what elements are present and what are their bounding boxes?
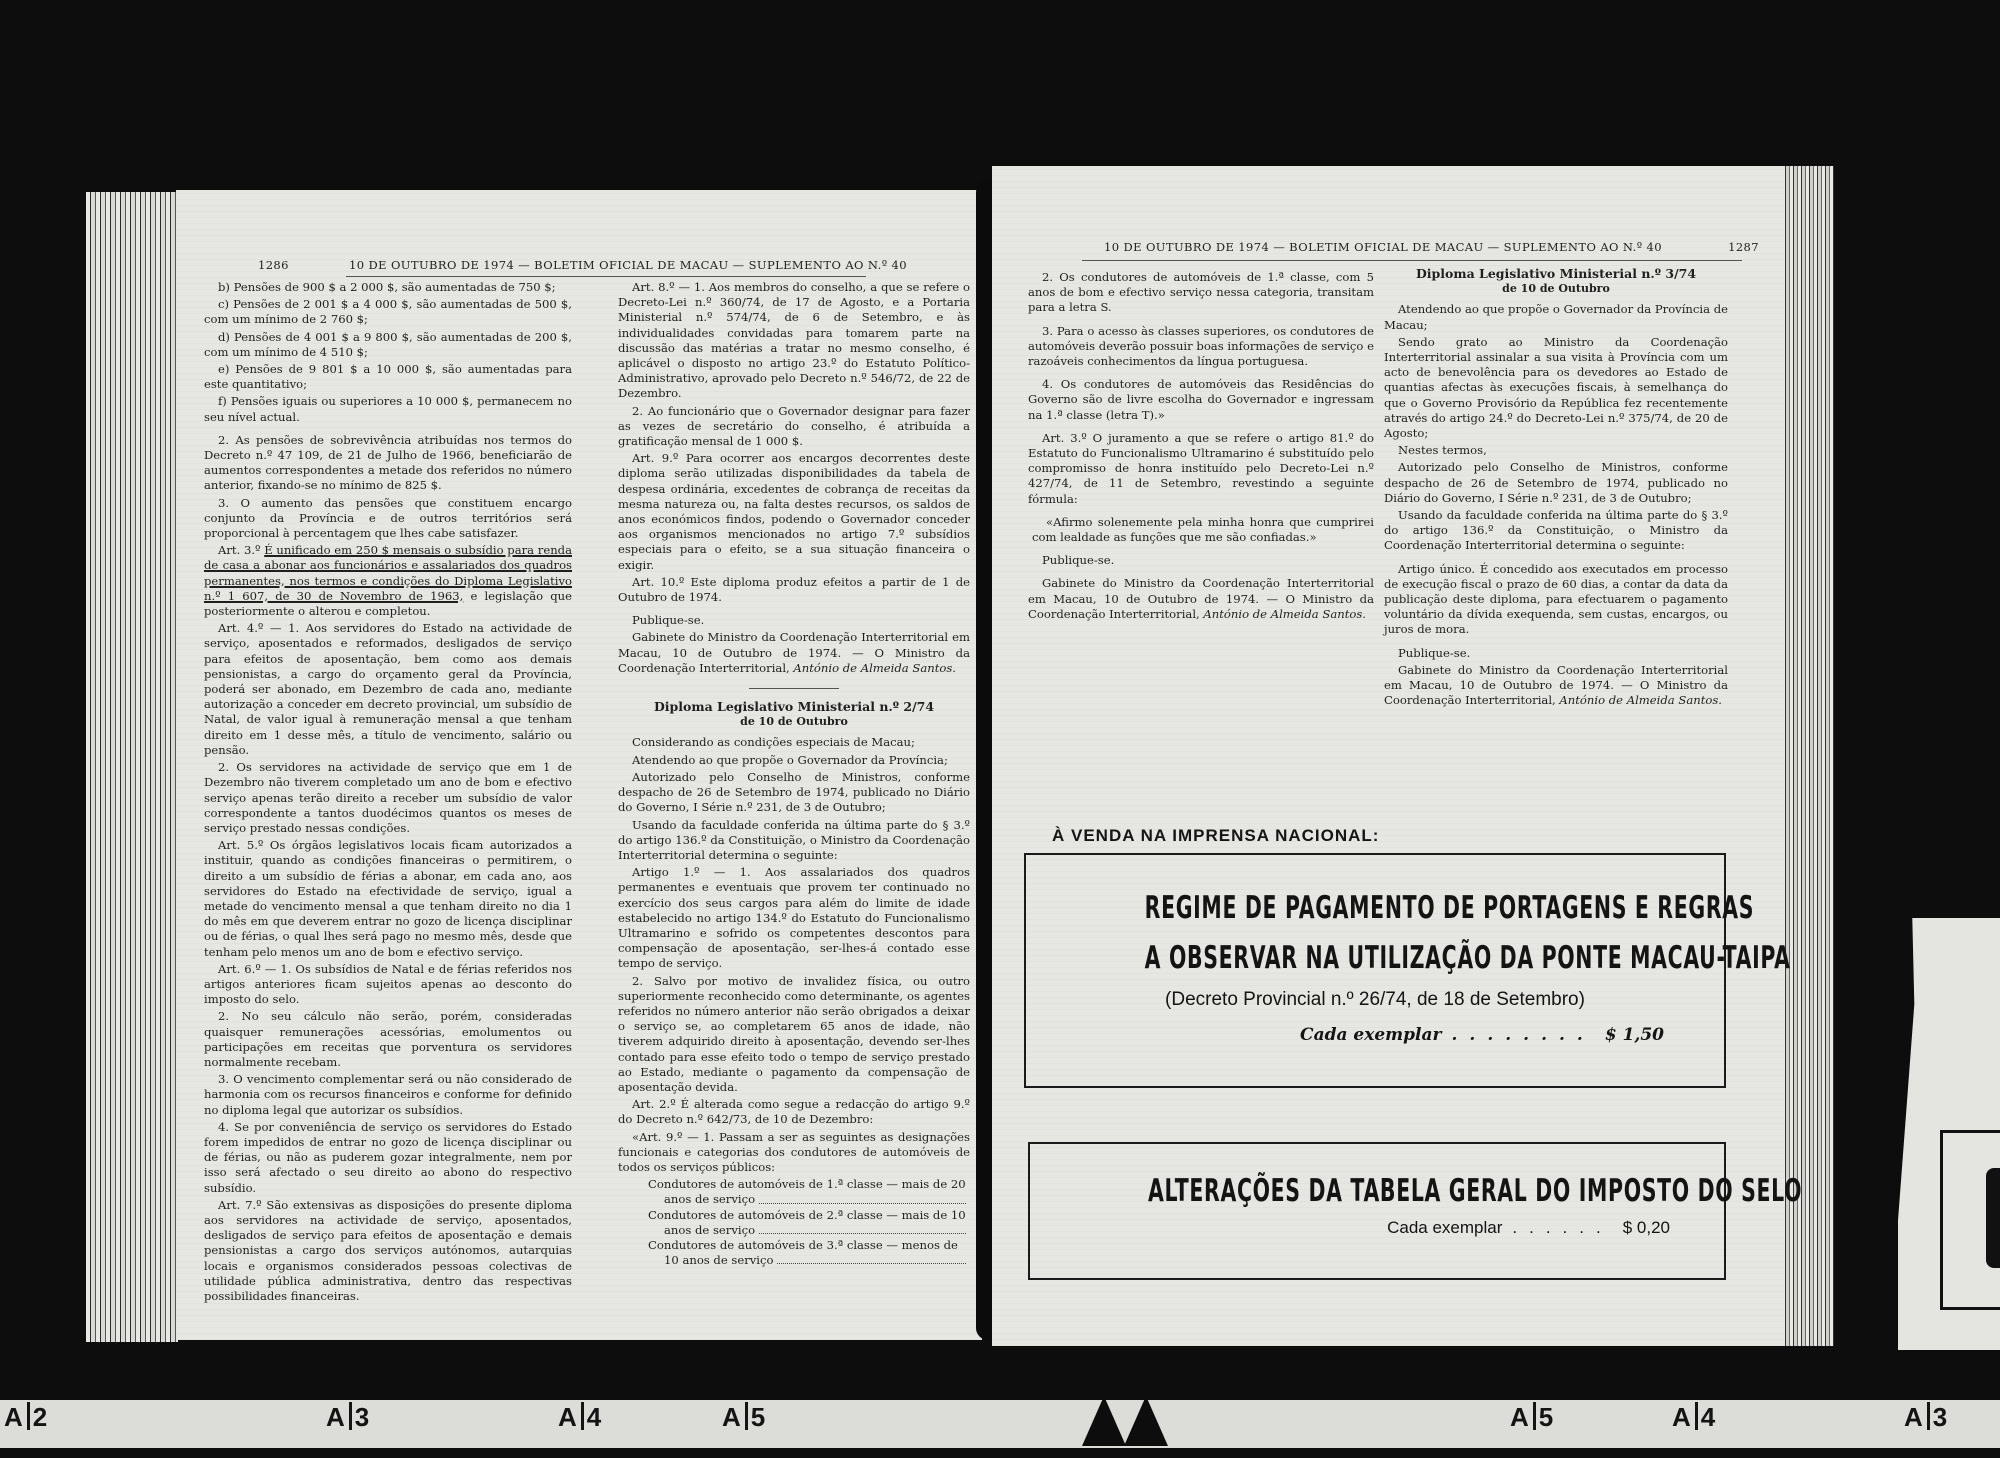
paragraph: 2. Os condutores de automóveis de 1.ª cl… (1028, 270, 1374, 316)
paragraph: Autorizado pelo Conselho de Ministros, c… (618, 770, 970, 816)
paragraph: 2. Ao funcionário que o Governador desig… (618, 404, 970, 450)
frame-mark: A5 (722, 1402, 766, 1433)
paragraph: Art. 5.º Os órgãos legislativos locais f… (204, 838, 572, 960)
paragraph: Nestes termos, (1384, 443, 1728, 458)
left-page: 1286 10 DE OUTUBRO DE 1974 — BOLETIM OFI… (176, 190, 982, 1340)
publish-line: Publique-se. (1384, 646, 1728, 661)
paragraph: Sendo grato ao Ministro da Coordenação I… (1384, 335, 1728, 441)
decree-title: Diploma Legislativo Ministerial n.º 3/74 (1384, 266, 1728, 281)
paragraph: e) Pensões de 9 801 $ a 10 000 $, são au… (204, 362, 572, 392)
list-item: Condutores de automóveis de 3.ª classe —… (618, 1238, 970, 1253)
list-item-continuation: 10 anos de serviço (618, 1253, 970, 1268)
frame-mark: A4 (1672, 1402, 1716, 1433)
oath-text: «Afirmo solenemente pela minha honra que… (1028, 515, 1374, 545)
paragraph: Considerando as condições especiais de M… (618, 735, 970, 750)
paragraph: Art. 6.º — 1. Os subsídios de Natal e de… (204, 962, 572, 1008)
drivers-list: Condutores de automóveis de 1.ª classe —… (618, 1177, 970, 1268)
list-item-continuation: anos de serviço (618, 1223, 970, 1238)
sale-heading: À VENDA NA IMPRENSA NACIONAL: (1052, 826, 1379, 846)
right-page-column-2: Diploma Legislativo Ministerial n.º 3/74… (1384, 266, 1728, 710)
publication-ad-stamp-tax: ALTERAÇÕES DA TABELA GERAL DO IMPOSTO DO… (1028, 1142, 1726, 1280)
signature: António de Almeida Santos. (1559, 693, 1722, 707)
paragraph: 3. O aumento das pensões que constituem … (204, 496, 572, 542)
adjacent-frame-mark (1986, 1168, 2000, 1268)
price-label: Cada exemplar (1300, 1025, 1441, 1045)
decree-title: Diploma Legislativo Ministerial n.º 2/74 (618, 699, 970, 714)
publish-line: Publique-se. (618, 613, 970, 628)
decree-date: de 10 de Outubro (1384, 281, 1728, 296)
ad-price-row: Cada exemplar ........ $ 1,50 (1026, 1025, 1724, 1045)
film-notch (1082, 1396, 1126, 1446)
paragraph: «Art. 9.º — 1. Passam a ser as seguintes… (618, 1130, 970, 1176)
paragraph: f) Pensões iguais ou superiores a 10 000… (204, 394, 572, 424)
paragraph: Art. 2.º É alterada como segue a redacçã… (618, 1097, 970, 1127)
paragraph: Usando da faculdade conferida na última … (618, 818, 970, 864)
section-divider (749, 688, 839, 689)
list-item: Condutores de automóveis de 2.ª classe —… (618, 1208, 970, 1223)
leader-dots: ...... (1512, 1218, 1612, 1238)
frame-mark: A2 (4, 1402, 48, 1433)
right-page-stack-edge (1782, 166, 1834, 1346)
paragraph: 2. Os servidores na actividade de serviç… (204, 760, 572, 836)
price-label: Cada exemplar (1387, 1218, 1502, 1238)
header-rule-left (346, 276, 866, 277)
leader-dots: ........ (1451, 1025, 1594, 1045)
paragraph: d) Pensões de 4 001 $ a 9 800 $, são aum… (204, 330, 572, 360)
price-value: $ 0,20 (1623, 1218, 1670, 1238)
paragraph: 4. Se por conveniência de serviço os ser… (204, 1120, 572, 1196)
paragraph: Autorizado pelo Conselho de Ministros, c… (1384, 460, 1728, 506)
running-head-text-right: 10 DE OUTUBRO DE 1974 — BOLETIM OFICIAL … (1104, 240, 1662, 254)
paragraph: 4. Os condutores de automóveis das Resid… (1028, 377, 1374, 423)
right-page-column-1: 2. Os condutores de automóveis de 1.ª cl… (1028, 270, 1374, 624)
running-head-text-left: 10 DE OUTUBRO DE 1974 — BOLETIM OFICIAL … (349, 258, 907, 272)
paragraph: Art. 7.º São extensivas as disposições d… (204, 1198, 572, 1304)
paragraph: 3. Para o acesso às classes superiores, … (1028, 324, 1374, 370)
signature: António de Almeida Santos. (793, 661, 956, 675)
ad-title-line: A OBSERVAR NA UTILIZAÇÃO DA PONTE MACAU-… (1145, 933, 1606, 983)
paragraph: 2. As pensões de sobrevivência atribuída… (204, 433, 572, 494)
frame-mark: A4 (558, 1402, 602, 1433)
paragraph: Art. 9.º Para ocorrer aos encargos decor… (618, 451, 970, 573)
ad-subtitle: (Decreto Provincial n.º 26/74, de 18 de … (1026, 989, 1724, 1011)
paragraph: 2. No seu cálculo não serão, porém, cons… (204, 1009, 572, 1070)
paragraph: Art. 4.º — 1. Aos servidores do Estado n… (204, 621, 572, 758)
left-page-stack-edge (86, 192, 178, 1342)
running-head-left: 1286 10 DE OUTUBRO DE 1974 — BOLETIM OFI… (258, 258, 907, 272)
publication-ad-bridge-tolls: REGIME DE PAGAMENTO DE PORTAGENS E REGRA… (1024, 853, 1726, 1088)
cabinet-line: Gabinete do Ministro da Coordenação Inte… (1028, 576, 1374, 622)
paragraph: 3. O vencimento complementar será ou não… (204, 1072, 572, 1118)
paragraph: Artigo 1.º — 1. Aos assalariados dos qua… (618, 865, 970, 971)
frame-mark: A3 (1904, 1402, 1948, 1433)
header-rule-right (1082, 260, 1742, 261)
cabinet-line: Gabinete do Ministro da Coordenação Inte… (618, 630, 970, 676)
paragraph: 2. Salvo por motivo de invalidez física,… (618, 974, 970, 1096)
running-head-right: 10 DE OUTUBRO DE 1974 — BOLETIM OFICIAL … (1104, 240, 1759, 254)
signature: António de Almeida Santos. (1203, 607, 1366, 621)
ad-price-row: Cada exemplar ...... $ 0,20 (1030, 1218, 1724, 1238)
paragraph: Usando da faculdade conferida na última … (1384, 508, 1728, 554)
paragraph: Art. 10.º Este diploma produz efeitos a … (618, 575, 970, 605)
ad-title-line: REGIME DE PAGAMENTO DE PORTAGENS E REGRA… (1145, 883, 1606, 933)
frame-mark: A5 (1510, 1402, 1554, 1433)
decree-date: de 10 de Outubro (618, 714, 970, 729)
list-item-continuation: anos de serviço (618, 1192, 970, 1207)
paragraph: Atendendo ao que propõe o Governador da … (1384, 302, 1728, 332)
left-page-column-1: b) Pensões de 900 $ a 2 000 $, são aumen… (204, 280, 572, 1306)
list-item: Condutores de automóveis de 1.ª classe —… (618, 1177, 970, 1192)
paragraph: Art. 8.º — 1. Aos membros do conselho, a… (618, 280, 970, 402)
paragraph: c) Pensões de 2 001 $ a 4 000 $, são aum… (204, 297, 572, 327)
paragraph: Artigo único. É concedido aos executados… (1384, 562, 1728, 638)
film-notch (1124, 1396, 1168, 1446)
paragraph: Atendendo ao que propõe o Governador da … (618, 753, 970, 768)
paragraph-art-3: Art. 3.º É unificado em 250 $ mensais o … (204, 543, 572, 619)
ad-title-line: ALTERAÇÕES DA TABELA GERAL DO IMPOSTO DO… (1148, 1166, 1606, 1216)
price-value: $ 1,50 (1605, 1025, 1664, 1045)
frame-mark: A3 (326, 1402, 370, 1433)
paragraph: Art. 3.º O juramento a que se refere o a… (1028, 431, 1374, 507)
left-page-column-2: Art. 8.º — 1. Aos membros do conselho, a… (618, 280, 970, 1268)
page-number-left: 1286 (258, 258, 289, 272)
cabinet-line: Gabinete do Ministro da Coordenação Inte… (1384, 663, 1728, 709)
publish-line: Publique-se. (1028, 553, 1374, 568)
paragraph: b) Pensões de 900 $ a 2 000 $, são aumen… (204, 280, 572, 295)
page-number-right: 1287 (1728, 240, 1759, 254)
